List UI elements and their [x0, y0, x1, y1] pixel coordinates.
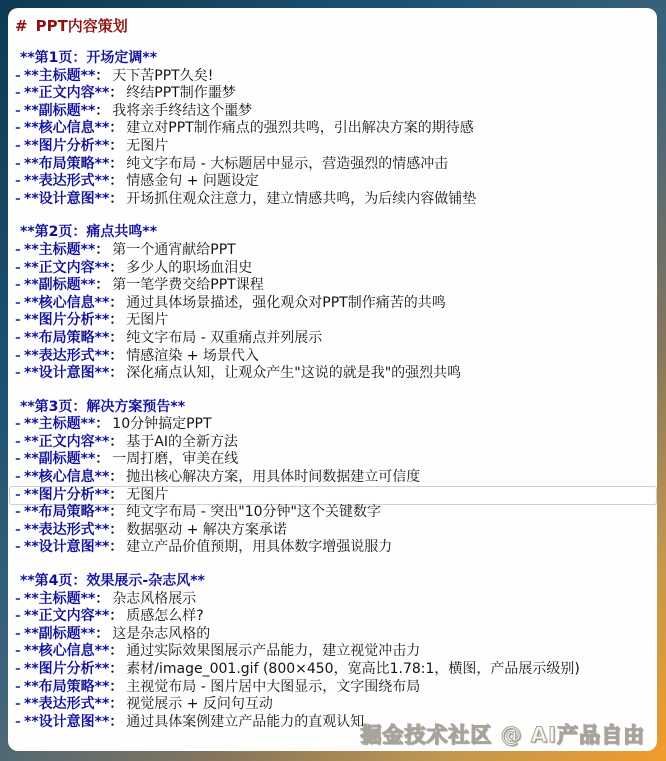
item-colon: ：: [109, 539, 123, 555]
outline-item: -**核心信息**：抛出核心解决方案，用具体时间数据建立可信度: [15, 469, 649, 487]
item-colon: ：: [109, 85, 123, 101]
item-label: **核心信息**: [24, 120, 109, 136]
item-label: **设计意图**: [24, 365, 109, 381]
item-text: 深化痛点认知，让观众产生"这说的就是我"的强烈共鸣: [126, 365, 461, 381]
outline-item: -**核心信息**：通过具体场景描述，强化观众对PPT制作痛苦的共鸣: [15, 295, 649, 313]
item-colon: ：: [95, 277, 109, 293]
list-dash: -: [15, 260, 24, 278]
outline-item: -**表达形式**：情感金句 + 问题设定: [15, 173, 649, 191]
item-label: **布局策略**: [24, 156, 109, 172]
item-label: **正文内容**: [24, 608, 109, 624]
item-label: **设计意图**: [24, 191, 109, 207]
list-dash: -: [15, 451, 24, 469]
outline-item: -**表达形式**：情感渲染 + 场景代入: [15, 348, 649, 366]
list-dash: -: [15, 416, 24, 434]
outline-item: -**副标题**：这是杂志风格的: [15, 626, 649, 644]
item-text: 一周打磨，审美在线: [112, 451, 238, 467]
section-heading: **第1页：开场定调**: [15, 50, 649, 68]
page-section: **第4页：效果展示-杂志风**-**主标题**：杂志风格展示-**正文内容**…: [15, 573, 649, 731]
item-label: **副标题**: [24, 277, 95, 293]
item-text: 基于AI的全新方法: [126, 434, 238, 450]
item-colon: ：: [109, 295, 123, 311]
item-text: 我将亲手终结这个噩梦: [112, 103, 252, 119]
item-label: **布局策略**: [24, 504, 109, 520]
item-label: **表达形式**: [24, 696, 109, 712]
item-colon: ：: [95, 68, 109, 84]
item-colon: ：: [95, 103, 109, 119]
item-label: **表达形式**: [24, 348, 109, 364]
list-dash: -: [15, 191, 24, 209]
item-colon: ：: [109, 156, 123, 172]
page-section: **第2页：痛点共鸣**-**主标题**：第一个通宵献给PPT-**正文内容**…: [15, 224, 649, 382]
item-colon: ：: [95, 626, 109, 642]
item-label: **表达形式**: [24, 522, 109, 538]
list-dash: -: [15, 68, 24, 86]
item-colon: ：: [95, 451, 109, 467]
outline-item: -**副标题**：一周打磨，审美在线: [15, 451, 649, 469]
outline-item: -**表达形式**：数据驱动 + 解决方案承诺: [15, 522, 649, 540]
item-label: **正文内容**: [24, 260, 109, 276]
outline-item: -**主标题**：10分钟搞定PPT: [15, 416, 649, 434]
item-colon: ：: [109, 522, 123, 538]
list-dash: -: [15, 696, 24, 714]
item-colon: ：: [109, 173, 123, 189]
item-label: **正文内容**: [24, 434, 109, 450]
item-colon: ：: [109, 434, 123, 450]
outline-item: -**设计意图**：建立产品价值预期，用具体数字增强说服力: [15, 539, 649, 557]
item-label: **设计意图**: [24, 714, 109, 730]
outline-item: -**图片分析**：无图片: [15, 312, 649, 330]
item-label: **图片分析**: [24, 138, 109, 154]
item-text: 通过实际效果图展示产品能力，建立视觉冲击力: [126, 643, 420, 659]
item-colon: ：: [109, 348, 123, 364]
list-dash: -: [15, 626, 24, 644]
list-dash: -: [15, 85, 24, 103]
outline-item: -**核心信息**：通过实际效果图展示产品能力，建立视觉冲击力: [15, 643, 649, 661]
list-dash: -: [15, 643, 24, 661]
outline-item: -**正文内容**：多少人的职场血泪史: [15, 260, 649, 278]
item-text: 杂志风格展示: [112, 591, 196, 607]
item-text: 素材/image_001.gif (800×450，宽高比1.78:1，横图，产…: [126, 661, 580, 677]
outline-item: -**主标题**：天下苦PPT久矣!: [15, 68, 649, 86]
item-label: **主标题**: [24, 68, 95, 84]
item-label: **主标题**: [24, 242, 95, 258]
item-colon: ：: [109, 661, 123, 677]
item-label: **核心信息**: [24, 469, 109, 485]
item-label: **表达形式**: [24, 173, 109, 189]
item-label: **副标题**: [24, 451, 95, 467]
item-colon: ：: [109, 365, 123, 381]
item-text: 无图片: [126, 138, 168, 154]
item-text: 纯文字布局 - 突出"10分钟"这个关键数字: [126, 504, 381, 520]
item-text: 终结PPT制作噩梦: [126, 85, 235, 101]
item-colon: ：: [109, 260, 123, 276]
outline-item: -**布局策略**：纯文字布局 - 双重痛点并列展示: [15, 330, 649, 348]
item-text: 情感渲染 + 场景代入: [126, 348, 259, 364]
item-label: **布局策略**: [24, 679, 109, 695]
list-dash: -: [15, 591, 24, 609]
list-dash: -: [15, 487, 24, 505]
outline-item: -**主标题**：杂志风格展示: [15, 591, 649, 609]
item-colon: ：: [109, 191, 123, 207]
item-text: 抛出核心解决方案，用具体时间数据建立可信度: [126, 469, 420, 485]
item-colon: ：: [95, 242, 109, 258]
item-colon: ：: [109, 504, 123, 520]
document-card: #PPT内容策划 **第1页：开场定调**-**主标题**：天下苦PPT久矣!-…: [8, 8, 657, 751]
list-dash: -: [15, 156, 24, 174]
item-text: 第一个通宵献给PPT: [112, 242, 235, 258]
item-text: 通过具体场景描述，强化观众对PPT制作痛苦的共鸣: [126, 295, 445, 311]
item-text: 纯文字布局 - 大标题居中显示，营造强烈的情感冲击: [126, 156, 448, 172]
list-dash: -: [15, 661, 24, 679]
outline-item: -**布局策略**：主视觉布局 - 图片居中大图显示，文字围绕布局: [15, 679, 649, 697]
list-dash: -: [15, 679, 24, 697]
list-dash: -: [15, 138, 24, 156]
list-dash: -: [15, 714, 24, 732]
item-colon: ：: [109, 714, 123, 730]
outline-item: -**主标题**：第一个通宵献给PPT: [15, 242, 649, 260]
item-colon: ：: [95, 416, 109, 432]
item-label: **主标题**: [24, 416, 95, 432]
page-section: **第3页：解决方案预告**-**主标题**：10分钟搞定PPT-**正文内容*…: [15, 399, 649, 557]
outline-item: -**正文内容**：终结PPT制作噩梦: [15, 85, 649, 103]
item-colon: ：: [109, 312, 123, 328]
item-colon: ：: [95, 591, 109, 607]
item-label: **副标题**: [24, 103, 95, 119]
section-heading: **第2页：痛点共鸣**: [15, 224, 649, 242]
gradient-frame: #PPT内容策划 **第1页：开场定调**-**主标题**：天下苦PPT久矣!-…: [0, 0, 666, 761]
list-dash: -: [15, 365, 24, 383]
outline-item: -**布局策略**：纯文字布局 - 突出"10分钟"这个关键数字: [15, 504, 649, 522]
item-label: **副标题**: [24, 626, 95, 642]
item-colon: ：: [109, 643, 123, 659]
outline-item: -**核心信息**：建立对PPT制作痛点的强烈共鸣，引出解决方案的期待感: [15, 120, 649, 138]
document-title-text: PPT内容策划: [36, 17, 128, 35]
item-text: 无图片: [126, 312, 168, 328]
item-label: **核心信息**: [24, 643, 109, 659]
item-label: **设计意图**: [24, 539, 109, 555]
list-dash: -: [15, 277, 24, 295]
item-colon: ：: [109, 469, 123, 485]
item-colon: ：: [109, 696, 123, 712]
list-dash: -: [15, 522, 24, 540]
list-dash: -: [15, 469, 24, 487]
list-dash: -: [15, 330, 24, 348]
item-text: 数据驱动 + 解决方案承诺: [126, 522, 287, 538]
section-heading: **第3页：解决方案预告**: [15, 399, 649, 417]
list-dash: -: [15, 295, 24, 313]
item-text: 无图片: [126, 487, 168, 503]
item-text: 主视觉布局 - 图片居中大图显示，文字围绕布局: [126, 679, 420, 695]
item-text: 开场抓住观众注意力，建立情感共鸣，为后续内容做铺垫: [126, 191, 476, 207]
item-label: **主标题**: [24, 591, 95, 607]
list-dash: -: [15, 312, 24, 330]
outline-item: -**布局策略**：纯文字布局 - 大标题居中显示，营造强烈的情感冲击: [15, 156, 649, 174]
item-label: **图片分析**: [24, 312, 109, 328]
item-colon: ：: [109, 120, 123, 136]
outline-item: -**副标题**：第一笔学费交给PPT课程: [15, 277, 649, 295]
list-dash: -: [15, 539, 24, 557]
list-dash: -: [15, 173, 24, 191]
outline-item: -**副标题**：我将亲手终结这个噩梦: [15, 103, 649, 121]
item-text: 通过具体案例建立产品能力的直观认知: [126, 714, 364, 730]
item-text: 视觉展示 + 反问句互动: [126, 696, 273, 712]
item-text: 纯文字布局 - 双重痛点并列展示: [126, 330, 322, 346]
list-dash: -: [15, 348, 24, 366]
document-title: #PPT内容策划: [15, 16, 649, 36]
item-text: 多少人的职场血泪史: [126, 260, 252, 276]
outline-item: -**设计意图**：深化痛点认知，让观众产生"这说的就是我"的强烈共鸣: [15, 365, 649, 383]
item-text: 建立产品价值预期，用具体数字增强说服力: [126, 539, 392, 555]
item-colon: ：: [109, 330, 123, 346]
outline-item-highlighted[interactable]: -**图片分析**：无图片: [10, 487, 656, 505]
item-text: 10分钟搞定PPT: [112, 416, 211, 432]
page-section: **第1页：开场定调**-**主标题**：天下苦PPT久矣!-**正文内容**：…: [15, 50, 649, 208]
item-label: **图片分析**: [24, 487, 109, 503]
watermark: 掘金技术社区 @ AI产品自由: [360, 719, 645, 749]
outline-item: -**正文内容**：质感怎么样?: [15, 608, 649, 626]
item-colon: ：: [109, 679, 123, 695]
list-dash: -: [15, 242, 24, 260]
item-text: 质感怎么样?: [126, 608, 203, 624]
item-colon: ：: [109, 608, 123, 624]
outline-item: -**设计意图**：开场抓住观众注意力，建立情感共鸣，为后续内容做铺垫: [15, 191, 649, 209]
outline-item: -**表达形式**：视觉展示 + 反问句互动: [15, 696, 649, 714]
list-dash: -: [15, 608, 24, 626]
outline-item: -**图片分析**：无图片: [15, 138, 649, 156]
item-colon: ：: [109, 487, 123, 503]
list-dash: -: [15, 504, 24, 522]
list-dash: -: [15, 120, 24, 138]
list-dash: -: [15, 434, 24, 452]
sections-container: **第1页：开场定调**-**主标题**：天下苦PPT久矣!-**正文内容**：…: [15, 50, 649, 731]
item-text: 第一笔学费交给PPT课程: [112, 277, 263, 293]
item-text: 建立对PPT制作痛点的强烈共鸣，引出解决方案的期待感: [126, 120, 473, 136]
item-text: 这是杂志风格的: [112, 626, 210, 642]
item-text: 情感金句 + 问题设定: [126, 173, 259, 189]
outline-item: -**图片分析**：素材/image_001.gif (800×450，宽高比1…: [15, 661, 649, 679]
item-colon: ：: [109, 138, 123, 154]
item-text: 天下苦PPT久矣!: [112, 68, 213, 84]
list-dash: -: [15, 103, 24, 121]
item-label: **正文内容**: [24, 85, 109, 101]
item-label: **图片分析**: [24, 661, 109, 677]
item-label: **核心信息**: [24, 295, 109, 311]
item-label: **布局策略**: [24, 330, 109, 346]
section-heading: **第4页：效果展示-杂志风**: [15, 573, 649, 591]
h1-hash-marker: #: [15, 17, 28, 35]
outline-item: -**正文内容**：基于AI的全新方法: [15, 434, 649, 452]
